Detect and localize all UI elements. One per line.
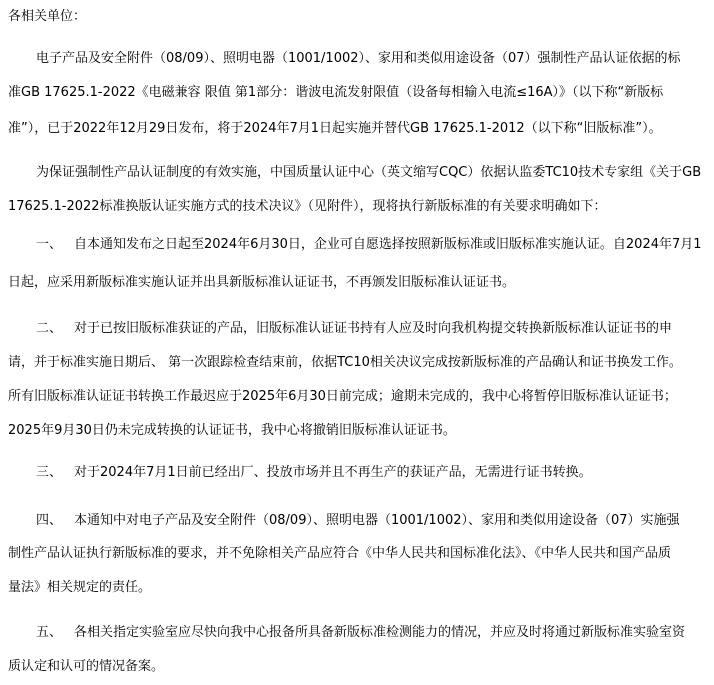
item-line: 请，并于标准实施日期后、 第一次跟踪检查结束前，依据TC10相关决议完成按新版标…: [8, 355, 682, 371]
item-number: 五、: [36, 625, 74, 641]
item-first-line: 二、对于已按旧版标准获证的产品，旧版标准认证证书持有人应及时向我机构提交转换新版…: [36, 321, 672, 337]
item-first-line: 五、各相关指定实验室应尽快向我中心报备所具备新版标准检测能力的情况，并应及时将通…: [36, 625, 685, 641]
item-line: 制性产品认证执行新版标准的要求，并不免除相关产品应符合《中华人民共和国标准化法》…: [8, 546, 671, 562]
paragraph-line: 为保证强制性产品认证制度的有效实施，中国质量认证中心（英文缩写CQC）依据认监委…: [36, 165, 701, 181]
paragraph-line: 准”），已于2022年12月29日发布，将于2024年7月1日起实施并替代GB …: [8, 121, 662, 137]
salutation: 各相关单位：: [8, 9, 86, 25]
item-number: 二、: [36, 321, 74, 337]
paragraph-line: 电子产品及安全附件（08/09）、照明电器（1001/1002）、家用和类似用途…: [36, 51, 681, 67]
item-text: 对于2024年7月1日前已经出厂、投放市场并且不再生产的获证产品，无需进行证书转…: [74, 465, 592, 480]
item-line: 所有旧版标准认证证书转换工作最迟应于2025年6月30日前完成；逾期未完成的，我…: [8, 389, 677, 405]
paragraph-line: 17625.1-2022标准换版认证实施方式的技术决议》（见附件），现将执行新版…: [8, 199, 607, 215]
item-text: 自本通知发布之日起至2024年6月30日，企业可自愿选择按照新版标准或旧版标准实…: [74, 237, 702, 252]
item-line: 质认定和认可的情况备案。: [8, 659, 164, 675]
item-first-line: 四、本通知中对电子产品及安全附件（08/09）、照明电器（1001/1002）、…: [36, 513, 680, 529]
item-number: 三、: [36, 465, 74, 481]
item-number: 四、: [36, 513, 74, 529]
item-line: 日起，应采用新版标准实施认证并出具新版标准认证证书，不再颁发旧版标准认证证书。: [8, 275, 515, 291]
item-line: 2025年9月30日仍未完成转换的认证证书，我中心将撤销旧版标准认证证书。: [8, 423, 456, 439]
item-text: 对于已按旧版标准获证的产品，旧版标准认证证书持有人应及时向我机构提交转换新版标准…: [74, 321, 672, 336]
item-text: 各相关指定实验室应尽快向我中心报备所具备新版标准检测能力的情况，并应及时将通过新…: [74, 625, 685, 640]
item-first-line: 三、对于2024年7月1日前已经出厂、投放市场并且不再生产的获证产品，无需进行证…: [36, 465, 592, 481]
item-text: 本通知中对电子产品及安全附件（08/09）、照明电器（1001/1002）、家用…: [74, 513, 680, 528]
item-first-line: 一、自本通知发布之日起至2024年6月30日，企业可自愿选择按照新版标准或旧版标…: [36, 237, 702, 253]
paragraph-line: 准GB 17625.1-2022《电磁兼容 限值 第1部分：谐波电流发射限值（设…: [8, 85, 663, 101]
item-number: 一、: [36, 237, 74, 253]
item-line: 量法》相关规定的责任。: [8, 580, 151, 596]
